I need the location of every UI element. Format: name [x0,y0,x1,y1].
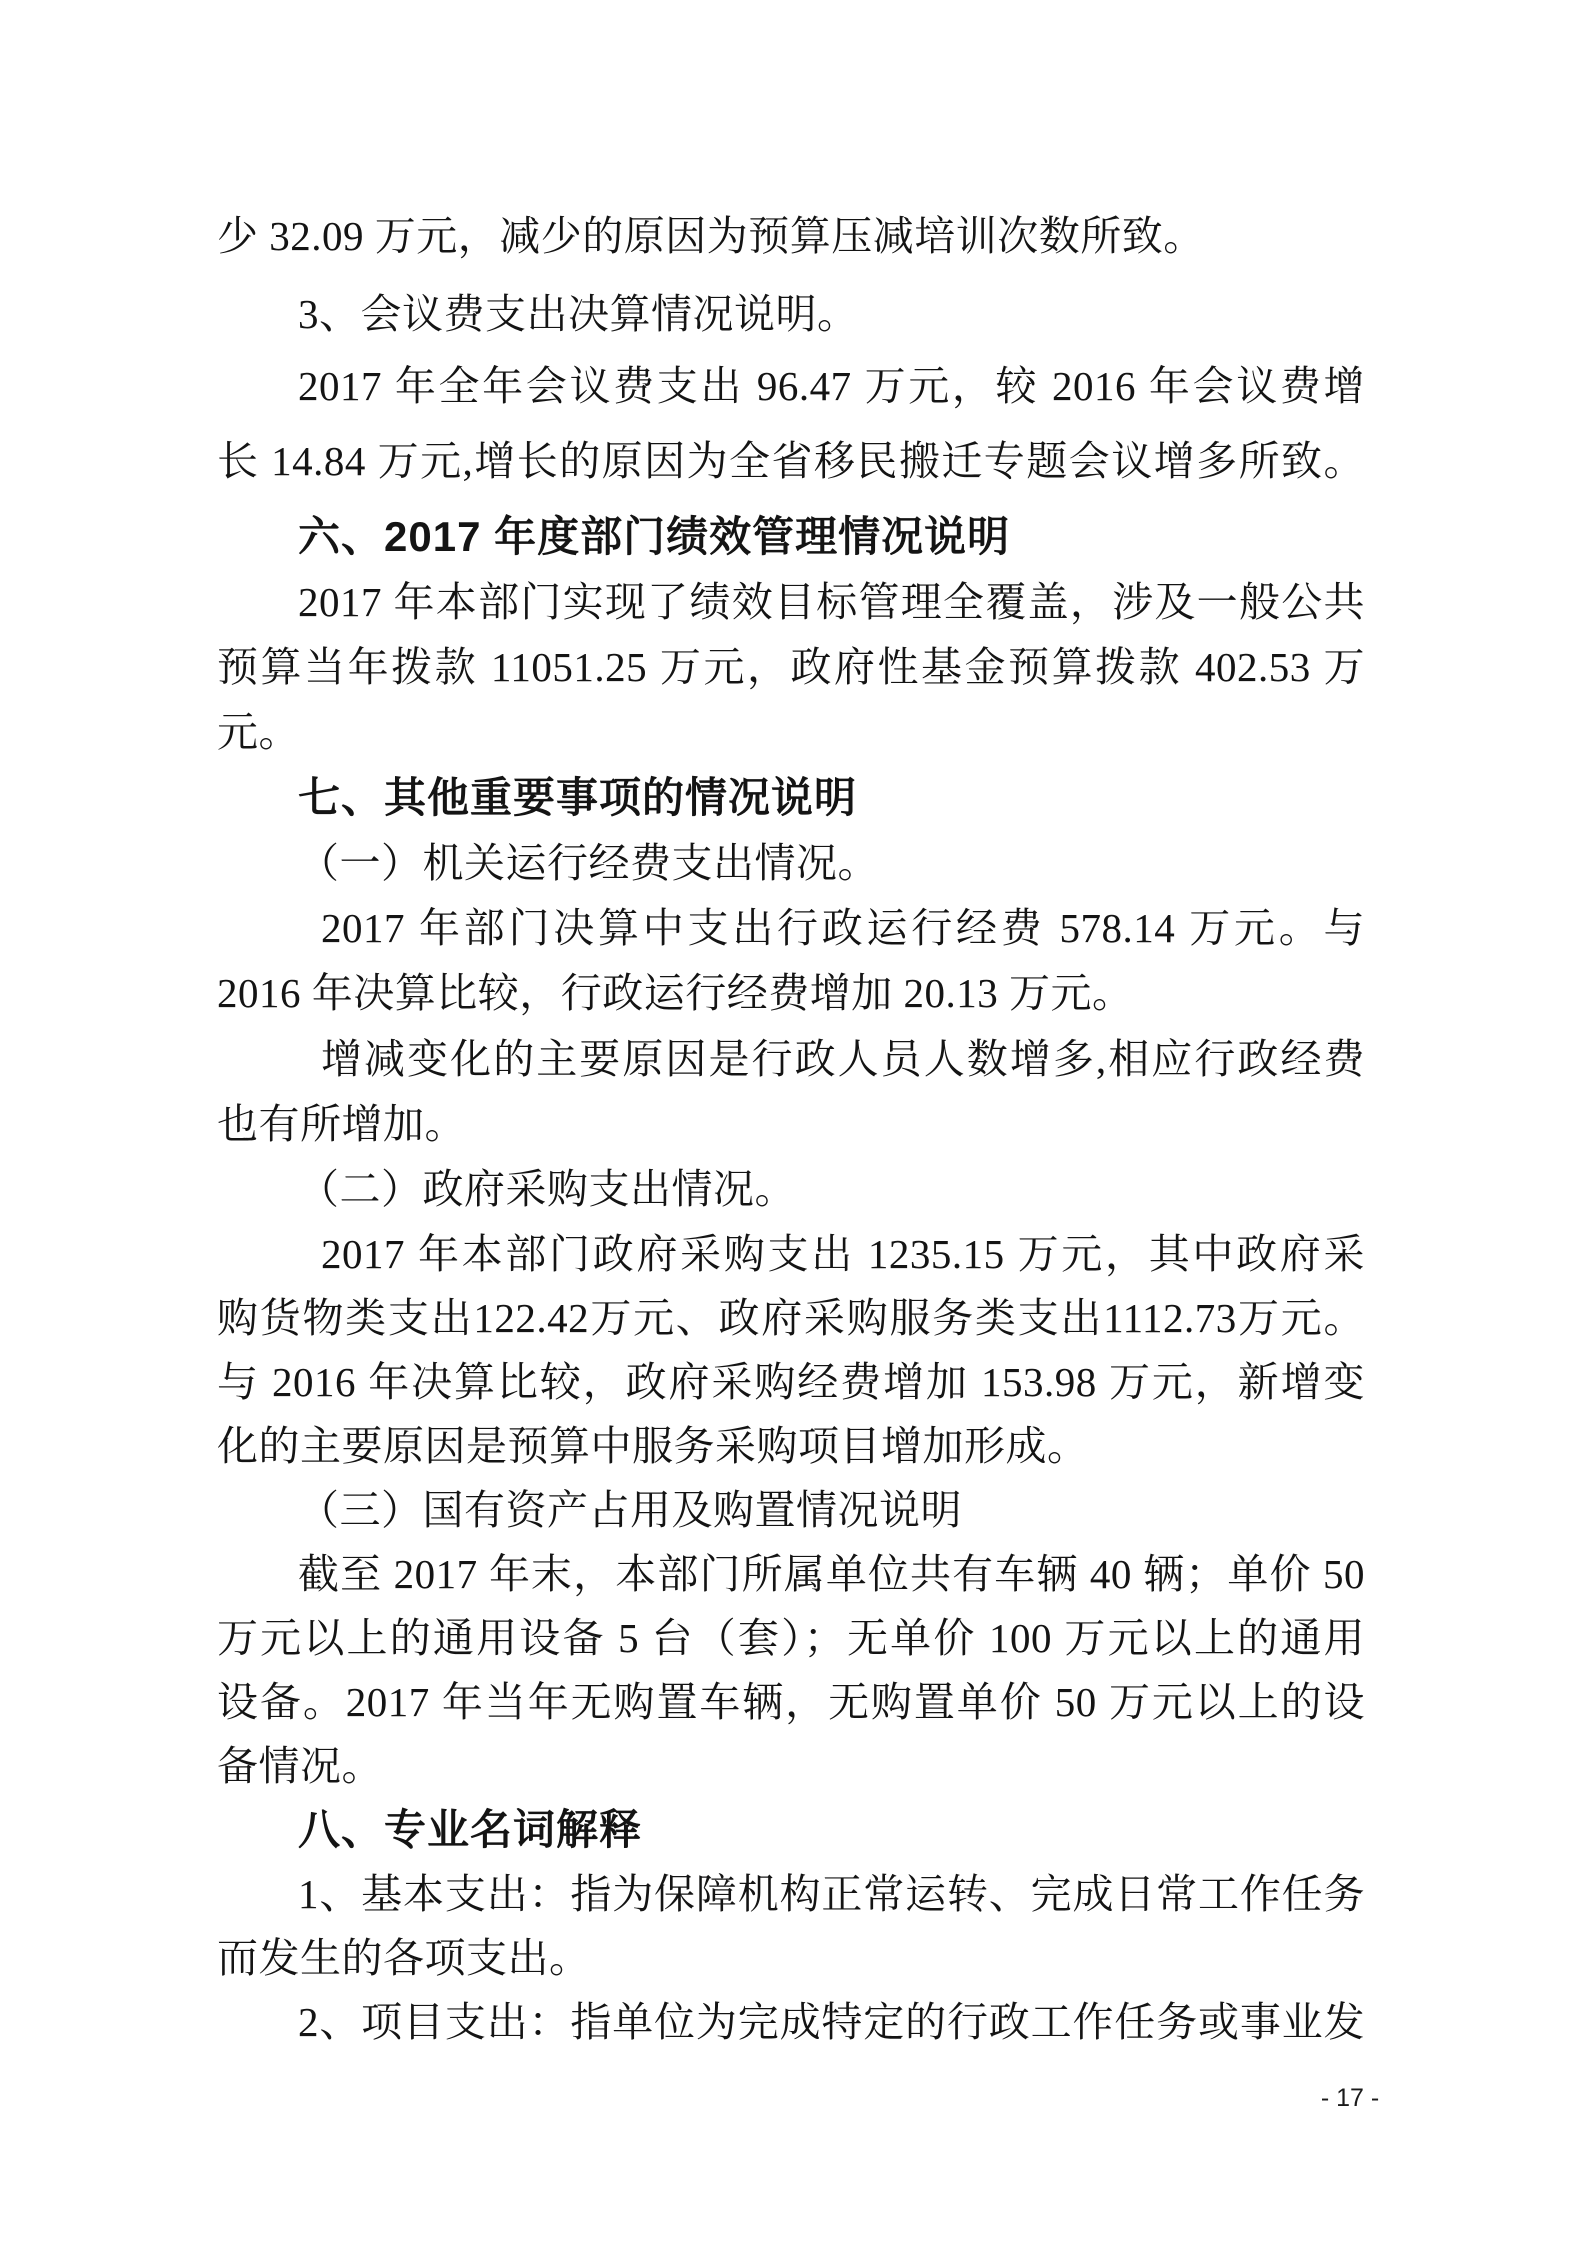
text-line: 增减变化的主要原因是行政人员人数增多,相应行政经费 [321,1026,1365,1092]
text-line: 2017 年本部门实现了绩效目标管理全覆盖，涉及一般公共 [298,569,1365,635]
text-line: 设备。2017 年当年无购置车辆，无购置单价 50 万元以上的设 [217,1669,1365,1735]
text-line: 少 32.09 万元，减少的原因为预算压减培训次数所致。 [217,203,1205,269]
section-heading: 八、专业名词解释 [298,1797,642,1863]
text-line: 而发生的各项支出。 [217,1925,591,1991]
text-line: 2016 年决算比较，行政运行经费增加 20.13 万元。 [217,960,1134,1026]
page-number: - 17 - [1280,2080,1420,2116]
text-line: 预算当年拨款 11051.25 万元，政府性基金预算拨款 402.53 万 [217,634,1365,700]
document-page: 少 32.09 万元，减少的原因为预算压减培训次数所致。3、会议费支出决算情况说… [0,0,1587,2245]
text-line: 与 2016 年决算比较，政府采购经费增加 153.98 万元，新增变 [217,1349,1365,1415]
text-line: 也有所增加。 [217,1091,466,1157]
text-line: 2017 年本部门政府采购支出 1235.15 万元，其中政府采 [321,1221,1365,1287]
text-line: （三）国有资产占用及购置情况说明 [298,1477,962,1543]
text-line: 购货物类支出122.42万元、政府采购服务类支出1112.73万元。 [217,1285,1365,1351]
text-line: 2、项目支出：指单位为完成特定的行政工作任务或事业发 [298,1989,1365,2055]
text-line: 长 14.84 万元,增长的原因为全省移民搬迁专题会议增多所致。 [217,428,1365,494]
text-line: （二）政府采购支出情况。 [298,1156,796,1222]
text-line: 备情况。 [217,1733,383,1799]
text-line: 2017 年部门决算中支出行政运行经费 578.14 万元。与 [321,895,1365,961]
text-line: 3、会议费支出决算情况说明。 [298,281,859,347]
section-heading: 六、2017 年度部门绩效管理情况说明 [298,504,1010,570]
section-heading: 七、其他重要事项的情况说明 [298,765,857,831]
text-line: （一）机关运行经费支出情况。 [298,830,879,896]
text-line: 截至 2017 年末，本部门所属单位共有车辆 40 辆；单价 50 [298,1541,1365,1607]
text-line: 1、基本支出：指为保障机构正常运转、完成日常工作任务 [298,1861,1365,1927]
text-line: 化的主要原因是预算中服务采购项目增加形成。 [217,1413,1089,1479]
text-line: 元。 [217,699,300,765]
text-line: 2017 年全年会议费支出 96.47 万元，较 2016 年会议费增 [298,353,1365,419]
text-line: 万元以上的通用设备 5 台（套）；无单价 100 万元以上的通用 [217,1605,1365,1671]
